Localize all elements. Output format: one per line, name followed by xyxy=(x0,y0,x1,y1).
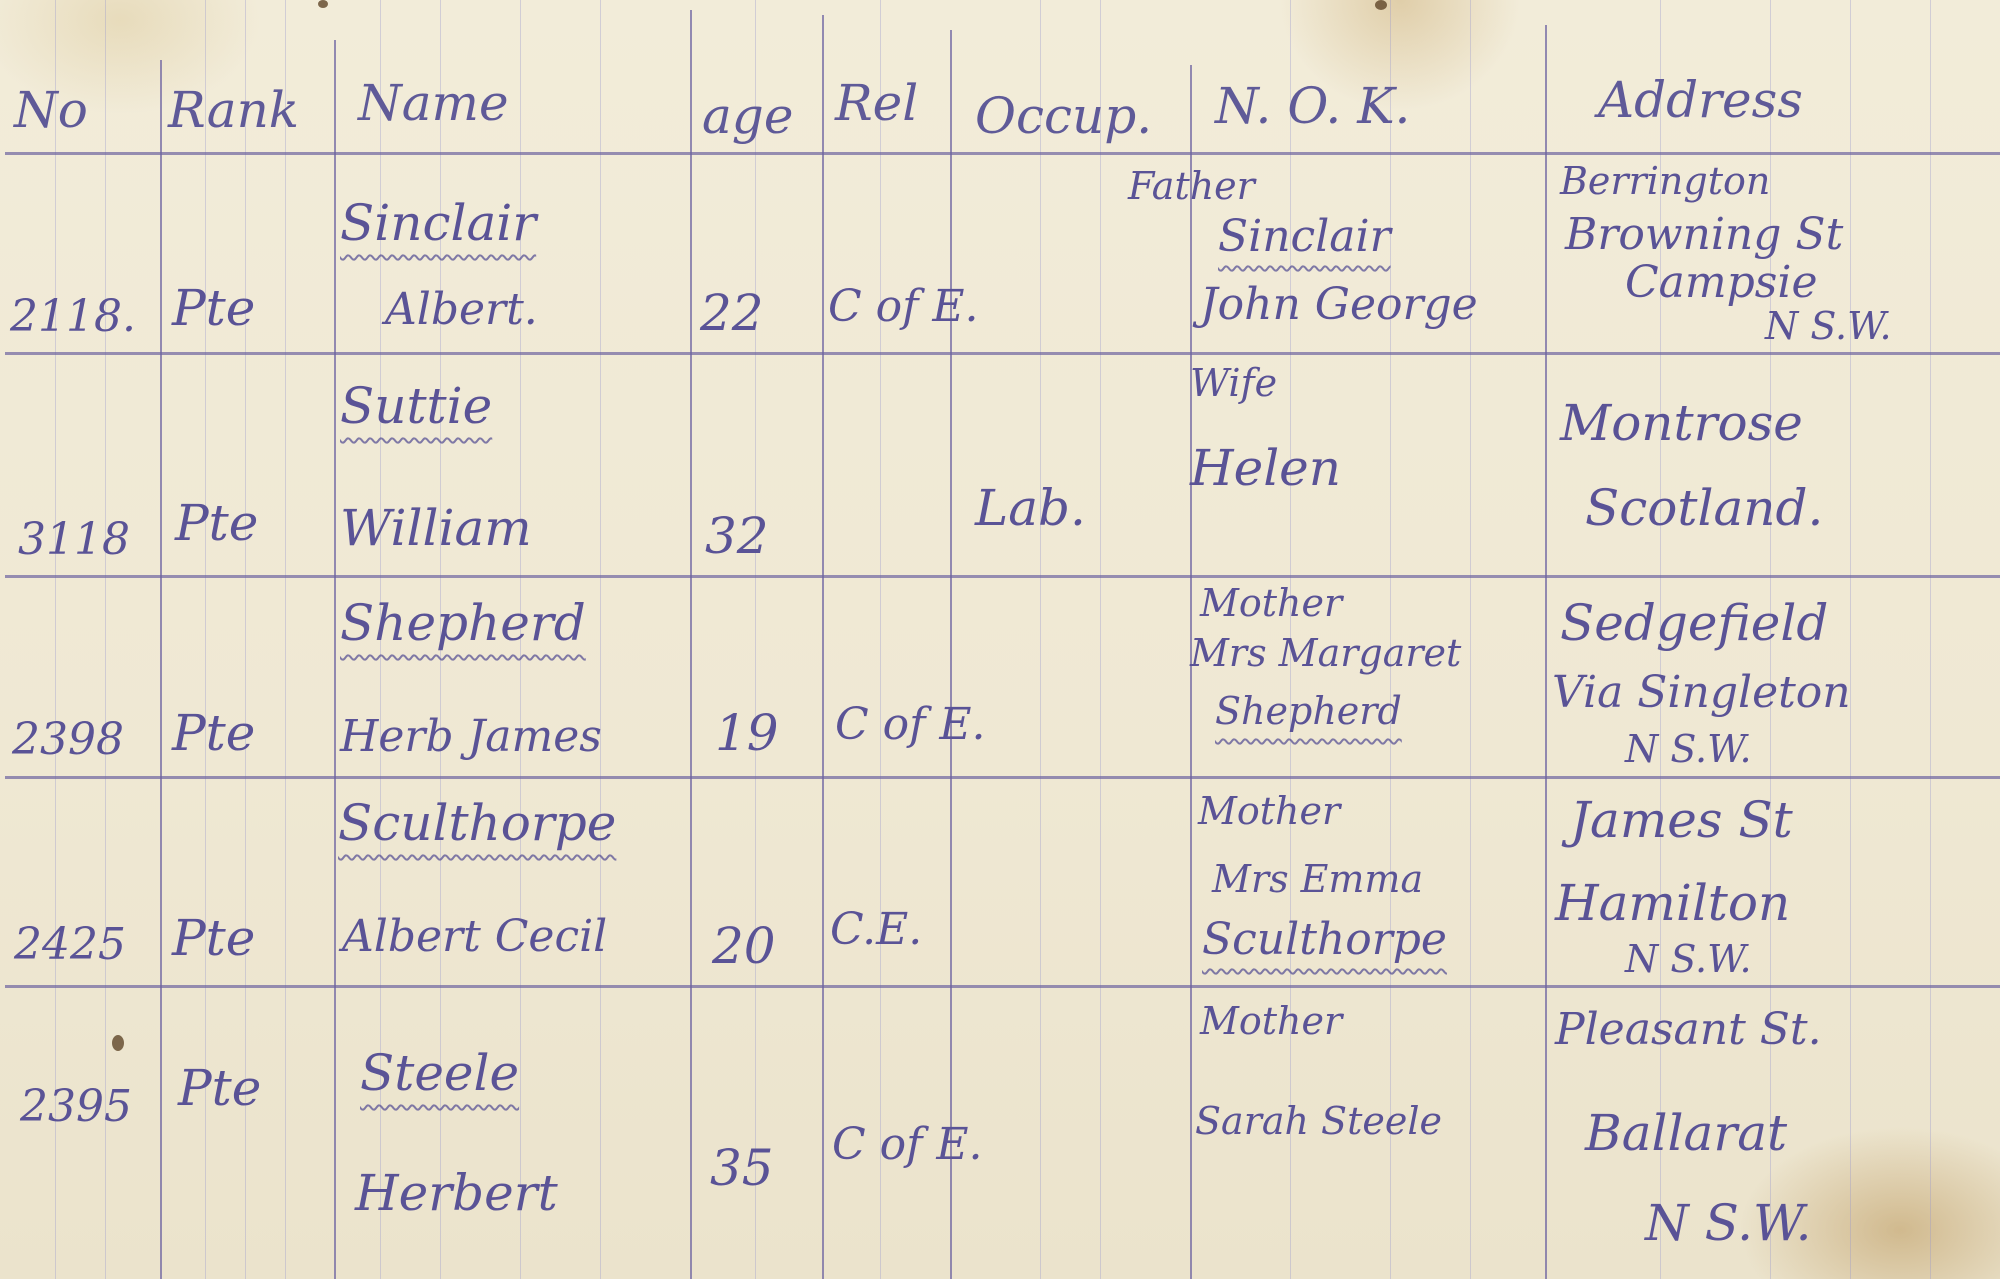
service-number: 2398 xyxy=(12,715,124,766)
occupation: Lab. xyxy=(975,480,1086,538)
nok-line-1: Sinclair xyxy=(1218,212,1391,263)
address-line-3: N S.W. xyxy=(1625,938,1752,982)
nok-line-1: Mrs Emma xyxy=(1212,858,1423,902)
address-line-2: Ballarat xyxy=(1585,1105,1787,1163)
row-divider xyxy=(5,985,2000,988)
header-name: Name xyxy=(358,75,509,133)
nok-line-1: Mrs Margaret xyxy=(1190,632,1461,676)
ink-spot xyxy=(1375,0,1387,10)
row-divider xyxy=(5,352,2000,355)
ruling-line xyxy=(600,0,601,1279)
address-line-2: Scotland. xyxy=(1585,480,1823,538)
column-divider xyxy=(1545,25,1547,1279)
given-names: Herb James xyxy=(340,712,602,763)
ruling-line xyxy=(880,0,881,1279)
address-line-1: Sedgefield xyxy=(1560,595,1828,653)
ruling-line xyxy=(1850,0,1851,1279)
surname: Sculthorpe xyxy=(338,795,616,853)
service-number: 2395 xyxy=(20,1082,132,1133)
rank: Pte xyxy=(175,495,258,553)
ruling-line xyxy=(1100,0,1101,1279)
address-line-2: Browning St xyxy=(1565,210,1843,261)
nok-line-1: Helen xyxy=(1190,440,1341,498)
age: 32 xyxy=(705,508,769,566)
address-line-3: N S.W. xyxy=(1645,1195,1812,1253)
address-line-4: N S.W. xyxy=(1765,305,1892,349)
row-divider xyxy=(5,152,2000,155)
rank: Pte xyxy=(172,705,255,763)
service-number: 2118. xyxy=(10,292,136,343)
column-divider xyxy=(822,15,824,1279)
surname: Sinclair xyxy=(340,195,536,253)
column-divider xyxy=(690,10,692,1279)
rank: Pte xyxy=(172,910,255,968)
header-age: age xyxy=(702,88,793,146)
nok-line-2: Sculthorpe xyxy=(1202,915,1447,966)
address-line-2: Hamilton xyxy=(1555,875,1790,933)
ink-spot xyxy=(318,0,328,8)
column-divider xyxy=(334,40,336,1279)
nok-relation: Father xyxy=(1128,165,1255,209)
given-names: William xyxy=(340,500,532,558)
column-divider xyxy=(950,30,952,1279)
ruling-line xyxy=(285,0,286,1279)
rank: Pte xyxy=(172,280,255,338)
given-names: Albert. xyxy=(385,285,538,336)
ink-spot xyxy=(112,1035,124,1051)
row-divider xyxy=(5,575,2000,578)
ruling-line xyxy=(755,0,756,1279)
service-number: 3118 xyxy=(18,515,130,566)
nok-relation: Wife xyxy=(1190,362,1277,406)
address-line-2: Via Singleton xyxy=(1552,668,1851,719)
rank: Pte xyxy=(178,1060,261,1118)
religion: C.E. xyxy=(830,905,922,956)
header-address: Address xyxy=(1598,72,1803,130)
ruling-line xyxy=(1040,0,1041,1279)
age: 20 xyxy=(712,918,776,976)
header-rel: Rel xyxy=(835,75,918,133)
age: 22 xyxy=(700,285,764,343)
ruling-line xyxy=(1930,0,1931,1279)
service-number: 2425 xyxy=(14,920,126,971)
header-nok: N. O. K. xyxy=(1215,78,1410,136)
column-divider xyxy=(160,60,162,1279)
surname: Shepherd xyxy=(340,595,586,653)
address-line-1: Pleasant St. xyxy=(1555,1005,1822,1056)
header-rank: Rank xyxy=(168,82,299,140)
address-line-3: N S.W. xyxy=(1625,728,1752,772)
address-line-1: Berrington xyxy=(1560,160,1770,204)
nok-relation: Mother xyxy=(1200,1000,1342,1044)
given-names: Albert Cecil xyxy=(342,912,607,963)
age: 19 xyxy=(715,705,779,763)
address-line-1: James St xyxy=(1570,792,1793,850)
religion: C of E. xyxy=(828,282,979,333)
religion: C of E. xyxy=(835,700,986,751)
surname: Suttie xyxy=(340,378,492,436)
address-line-1: Montrose xyxy=(1560,395,1803,453)
nok-line-2: Shepherd xyxy=(1215,690,1402,734)
nok-relation: Mother xyxy=(1198,790,1340,834)
register-page: No Rank Name age Rel Occup. N. O. K. Add… xyxy=(0,0,2000,1279)
row-divider xyxy=(5,776,2000,779)
ruling-line xyxy=(1470,0,1471,1279)
religion: C of E. xyxy=(832,1120,983,1171)
header-occup: Occup. xyxy=(975,88,1152,146)
nok-line-1: Sarah Steele xyxy=(1195,1100,1442,1144)
given-names: Herbert xyxy=(355,1165,558,1223)
nok-relation: Mother xyxy=(1200,582,1342,626)
age: 35 xyxy=(710,1140,774,1198)
header-no: No xyxy=(14,82,88,140)
nok-line-2: John George xyxy=(1200,280,1478,331)
address-line-3: Campsie xyxy=(1625,258,1817,309)
surname: Steele xyxy=(360,1045,519,1103)
